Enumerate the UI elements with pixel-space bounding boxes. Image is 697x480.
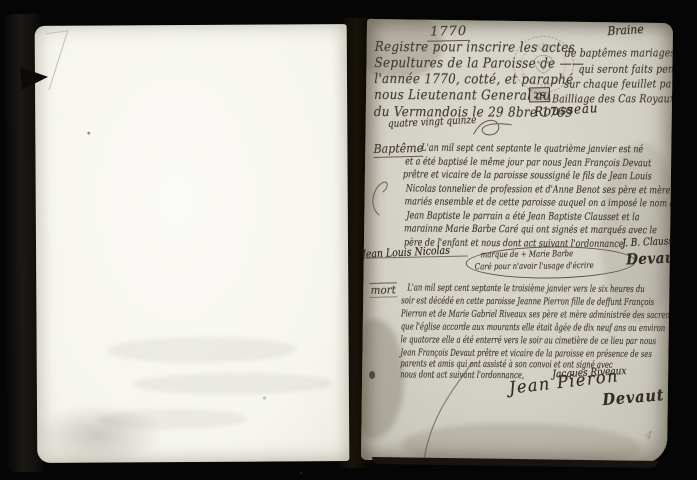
priest-signature: Devaut [626,248,673,268]
death-line: Pierron et de Marie Gabriel Riveaux ses … [401,308,673,321]
header-line: nous Lieutenant General au [374,87,551,104]
magistrate-signature: Rousseau [534,101,599,120]
header-line-right: sur chaque feuillet par [564,77,673,90]
death-line: L'an mil sept cent septante le troisième… [407,282,644,295]
showthrough-smudge [107,336,297,363]
baptism-line: L'an mil sept cent septante le quatrième… [421,143,643,156]
baptism-line: et a été baptisé le même jour par nous J… [405,156,651,169]
death-line: que l'église accorde aux mourants elle é… [401,321,665,334]
baptism-line: Jean Baptiste le parrain a été Jean Bapt… [406,210,639,223]
header-line: Registre pour inscrire les actes [375,39,575,56]
paper-speck [87,132,90,135]
place-name: Braine [607,22,644,38]
death-record-label: mort [369,282,397,298]
header-line-right: de baptêmes mariages et [565,46,673,59]
header-line-right: qui seront faits pendant [578,63,673,76]
paper-stain [361,319,405,440]
witness-signature: J. B. Clausset [622,235,673,250]
baptism-line: mariés ensemble et de cette paroisse auq… [405,196,674,209]
paraph-flourish-icon [469,112,517,145]
mark-note-line: marque de + Marie Barbe [481,249,574,260]
baptism-line: marainne Marie Barbe Caré qui ont signés… [404,223,657,236]
death-line: le quatorze elle a été enterré vers le s… [401,334,656,347]
left-blank-page [35,24,350,463]
header-line: Sepultures de la Paroisse de —— [374,55,584,72]
priest-signature: Devaut [602,385,665,409]
baptism-line: prêtre et vicaire de la paroisse soussig… [403,169,652,182]
margin-paraph-icon [366,177,395,221]
page-corner-shadow [33,403,163,468]
death-line: soir est décédé en cette paroisse Jeanne… [401,295,654,308]
pencil-folio-number: 4 [644,428,653,442]
baptism-record-label: Baptême [373,141,423,158]
showthrough-smudge [133,372,333,395]
paper-speck [263,397,266,400]
dust-speck [300,472,302,474]
header-line: l'année 1770, cotté, et paraphé [374,71,573,88]
right-manuscript-page: 1770 Braine Registre pour inscrire les a… [361,19,673,464]
tax-stamp-2s: 2S [529,87,550,102]
scanned-register-photo: 1770 Braine Registre pour inscrire les a… [0,0,697,480]
signature-flourish-stroke-icon [417,358,481,464]
page-fold-crease-icon [37,28,83,98]
ink-blot [369,371,375,379]
mark-note-line: Caré pour n'avoir l'usage d'écrire [475,261,594,272]
baptism-line: Nicolas tonnelier de profession et d'Ann… [406,183,671,196]
